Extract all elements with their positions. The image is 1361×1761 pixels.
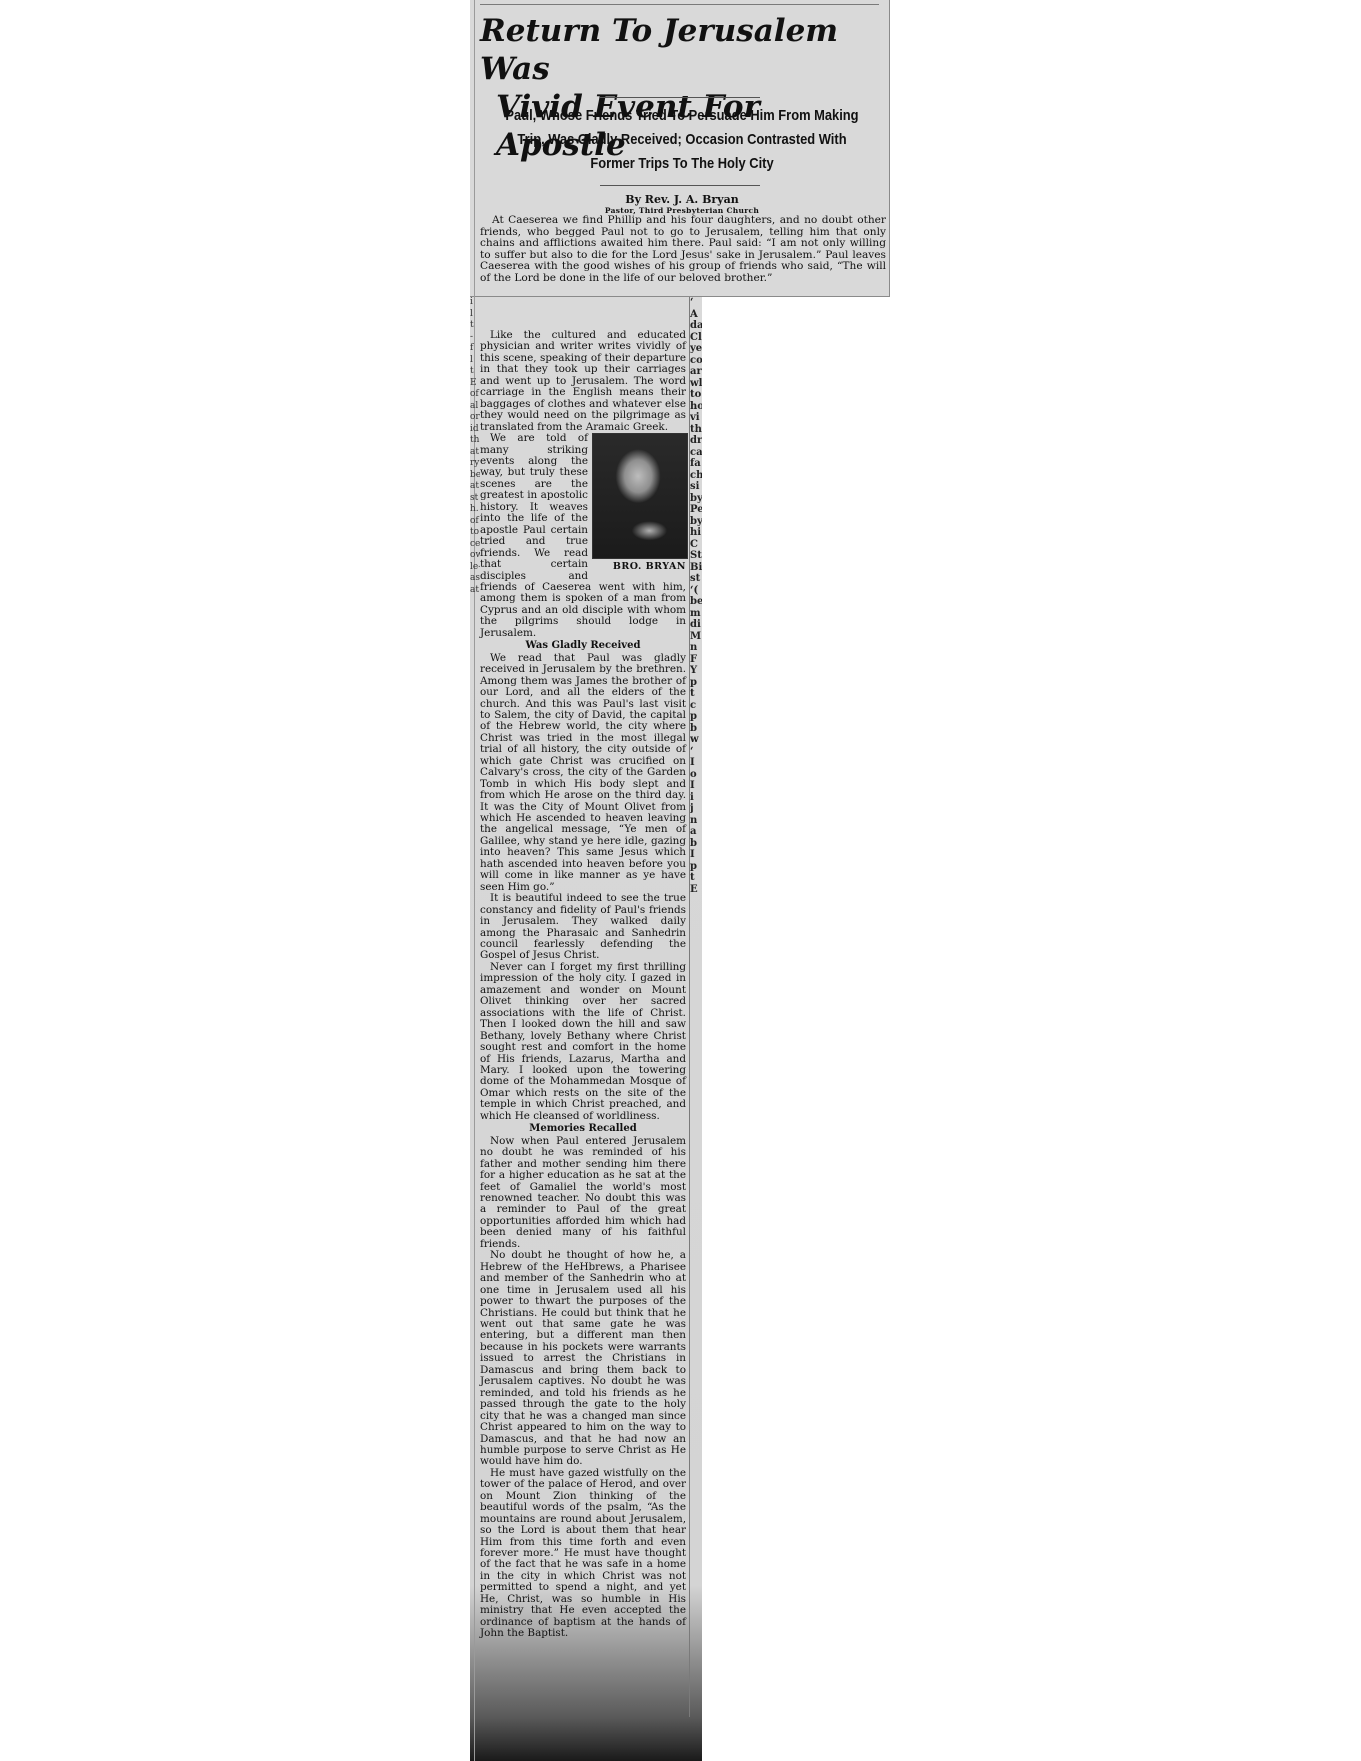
fragment-text: as- — [470, 573, 480, 585]
body-paragraph: Like the cultured and educated physician… — [480, 330, 686, 433]
fragment-text: j — [690, 803, 702, 815]
fragment-text: St — [690, 550, 702, 562]
fragment-text: of — [470, 516, 480, 528]
body-paragraph: He must have gazed wistfully on the towe… — [480, 1468, 686, 1640]
fragment-text: C — [690, 539, 702, 551]
fragment-text: at — [470, 481, 480, 493]
fragment-text: dr — [690, 435, 702, 447]
fragment-text: ‘ — [690, 746, 702, 758]
lede-paragraph: At Caeserea we find Phillip and his four… — [480, 215, 886, 285]
fragment-text: le- — [470, 562, 480, 574]
headline-line-1: Return To Jerusalem Was — [478, 12, 888, 88]
fragment-text: c — [690, 700, 702, 712]
body-paragraph: Now when Paul entered Jerusalem no doubt… — [480, 1136, 686, 1251]
fragment-text: n — [690, 642, 702, 654]
body-paragraph: Never can I forget my first thrilling im… — [480, 962, 686, 1122]
fragment-text: ‘ — [690, 297, 702, 309]
section-subhead: Memories Recalled — [480, 1123, 686, 1134]
fragment-text: ow — [470, 550, 480, 562]
fragment-text: to — [470, 527, 480, 539]
fragment-text: ‘( — [690, 585, 702, 597]
fragment-text: st — [470, 493, 480, 505]
fragment-text: p — [690, 677, 702, 689]
fragment-text: a — [690, 826, 702, 838]
fragment-text: hi — [690, 527, 702, 539]
deck-subheadline: Paul, Whose Friends Tried To Persuade Hi… — [505, 104, 859, 176]
fragment-text: ho — [690, 401, 702, 413]
fragment-text: al — [470, 401, 480, 413]
fragment-text: A — [690, 309, 702, 321]
fragment-text: h. — [470, 504, 480, 516]
fragment-text: E — [690, 884, 702, 896]
fragment-text: b — [690, 723, 702, 735]
fragment-text: ar — [690, 366, 702, 378]
fragment-text: i — [690, 792, 702, 804]
fragment-text: by — [690, 516, 702, 528]
fragment-text: of — [470, 389, 480, 401]
fragment-text: p — [690, 711, 702, 723]
body-paragraph: It is beautiful indeed to see the true c… — [480, 893, 686, 962]
fragment-text: th — [690, 424, 702, 436]
fragment-text: at — [470, 447, 480, 459]
fragment-text: F — [690, 654, 702, 666]
fragment-text: l — [470, 355, 480, 367]
adjacent-column-fragment-right: ‘AdaClyecoarwltohovithdrcafachsibyPebyhi… — [690, 297, 702, 1737]
fragment-text: si — [690, 481, 702, 493]
fragment-text: ry — [470, 458, 480, 470]
fragment-text: at — [470, 585, 480, 597]
fragment-text: I — [690, 849, 702, 861]
fragment-text: fa — [690, 458, 702, 470]
fragment-text: Pe — [690, 504, 702, 516]
body-paragraph: We read that Paul was gladly received in… — [480, 653, 686, 894]
fragment-text: co — [690, 355, 702, 367]
fragment-text: vi — [690, 412, 702, 424]
fragment-text: be — [690, 596, 702, 608]
fragment-text: by — [690, 493, 702, 505]
fragment-text: l — [470, 309, 480, 321]
fragment-text: I — [690, 780, 702, 792]
adjacent-column-fragment-left: ilt-fltEofaloridthatrybeatsth.oftoce,owl… — [470, 297, 480, 1737]
fragment-text: ce, — [470, 539, 480, 551]
author-photo-block: BRO. BRYAN — [592, 433, 686, 572]
fragment-text: b — [690, 838, 702, 850]
fragment-text: o — [690, 769, 702, 781]
fragment-text: ca — [690, 447, 702, 459]
fragment-text: di — [690, 619, 702, 631]
fragment-text: wl — [690, 378, 702, 390]
fragment-text: t — [470, 320, 480, 332]
fragment-text: i — [470, 297, 480, 309]
fragment-text: to — [690, 389, 702, 401]
fragment-text: M — [690, 631, 702, 643]
portrait-photo-icon — [592, 433, 688, 559]
headline-rule — [600, 97, 760, 98]
fragment-text: Cl — [690, 332, 702, 344]
fragment-text: Y — [690, 665, 702, 677]
fragment-text: n — [690, 815, 702, 827]
fragment-text: st — [690, 573, 702, 585]
fragment-text: t — [470, 366, 480, 378]
fragment-text: m — [690, 608, 702, 620]
body-paragraph: No doubt he thought of how he, a Hebrew … — [480, 1250, 686, 1468]
section-subhead: Was Gladly Received — [480, 640, 686, 651]
fragment-text: be — [470, 470, 480, 482]
fragment-text: - — [470, 332, 480, 344]
fragment-text: id — [470, 424, 480, 436]
lede-text: At Caeserea we find Phillip and his four… — [480, 215, 886, 285]
fragment-text: ye — [690, 343, 702, 355]
fragment-text: p — [690, 861, 702, 873]
fragment-text: E — [470, 378, 480, 390]
photo-caption: BRO. BRYAN — [592, 561, 686, 572]
fragment-text: t — [690, 872, 702, 884]
fragment-text: or — [470, 412, 480, 424]
article-body: Like the cultured and educated physician… — [480, 330, 686, 1640]
fragment-text: th — [470, 435, 480, 447]
deck-rule — [600, 185, 760, 186]
fragment-text: w — [690, 734, 702, 746]
byline: By Rev. J. A. Bryan — [476, 193, 888, 206]
fragment-text: ch — [690, 470, 702, 482]
fragment-text: t — [690, 688, 702, 700]
fragment-text: Bi — [690, 562, 702, 574]
fragment-text: I — [690, 757, 702, 769]
fragment-text: da — [690, 320, 702, 332]
fragment-text: f — [470, 343, 480, 355]
